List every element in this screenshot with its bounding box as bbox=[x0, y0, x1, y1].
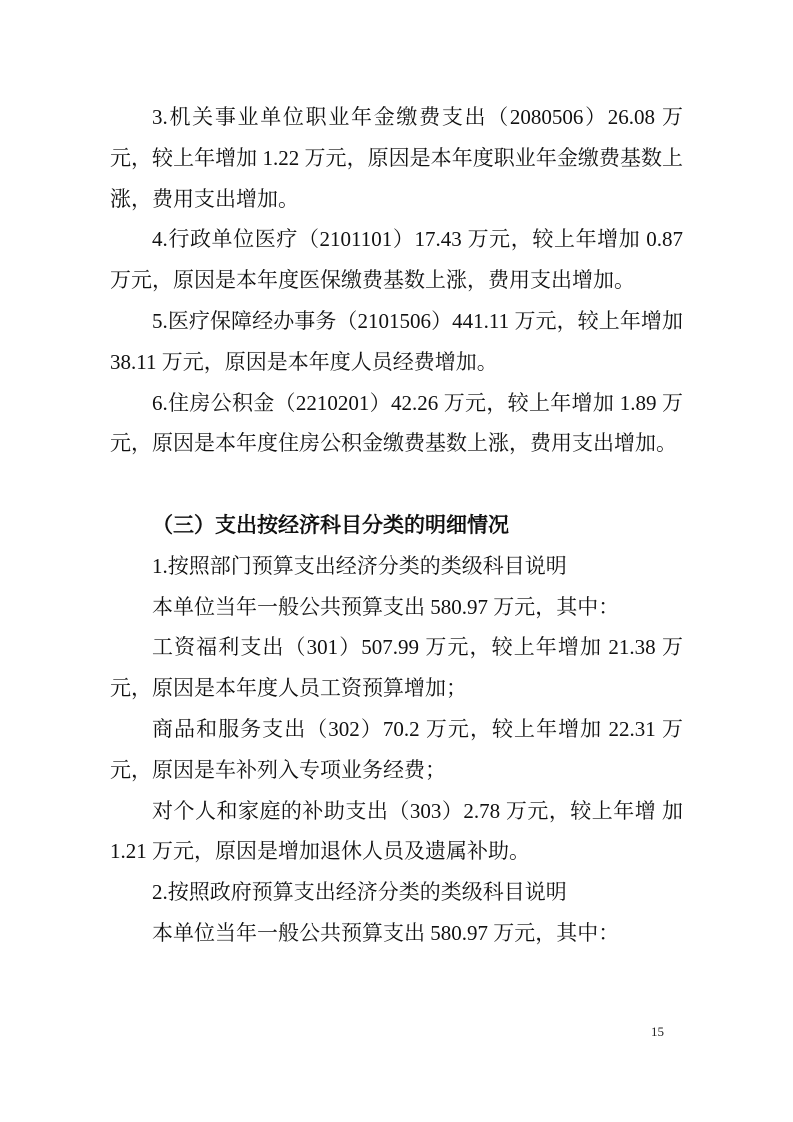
page-number: 15 bbox=[651, 1024, 664, 1040]
paragraph-individual-family-subsidy: 对个人和家庭的补助支出（303）2.78 万元，较上年增 加 1.21 万元，原… bbox=[110, 791, 683, 873]
section-heading: （三）支出按经济科目分类的明细情况 bbox=[110, 505, 683, 546]
paragraph-dept-budget-note: 1.按照部门预算支出经济分类的类级科目说明 bbox=[110, 546, 683, 587]
document-page: 3.机关事业单位职业年金缴费支出（2080506）26.08 万元，较上年增加 … bbox=[0, 0, 793, 1122]
paragraph-goods-services: 商品和服务支出（302）70.2 万元，较上年增加 22.31 万元，原因是车补… bbox=[110, 709, 683, 791]
paragraph-unit-total-1: 本单位当年一般公共预算支出 580.97 万元，其中： bbox=[110, 587, 683, 628]
paragraph-salary-welfare: 工资福利支出（301）507.99 万元，较上年增加 21.38 万元，原因是本… bbox=[110, 627, 683, 709]
paragraph-housing-fund: 6.住房公积金（2210201）42.26 万元，较上年增加 1.89 万元，原… bbox=[110, 383, 683, 465]
paragraph-admin-medical: 4.行政单位医疗（2101101）17.43 万元，较上年增加 0.87 万元，… bbox=[110, 219, 683, 301]
document-body: 3.机关事业单位职业年金缴费支出（2080506）26.08 万元，较上年增加 … bbox=[110, 97, 683, 954]
paragraph-gov-budget-note: 2.按照政府预算支出经济分类的类级科目说明 bbox=[110, 872, 683, 913]
paragraph-pension-expense: 3.机关事业单位职业年金缴费支出（2080506）26.08 万元，较上年增加 … bbox=[110, 97, 683, 219]
paragraph-unit-total-2: 本单位当年一般公共预算支出 580.97 万元，其中： bbox=[110, 913, 683, 954]
paragraph-medical-insurance-affairs: 5.医疗保障经办事务（2101506）441.11 万元，较上年增加 38.11… bbox=[110, 301, 683, 383]
blank-line-spacer bbox=[110, 464, 683, 505]
